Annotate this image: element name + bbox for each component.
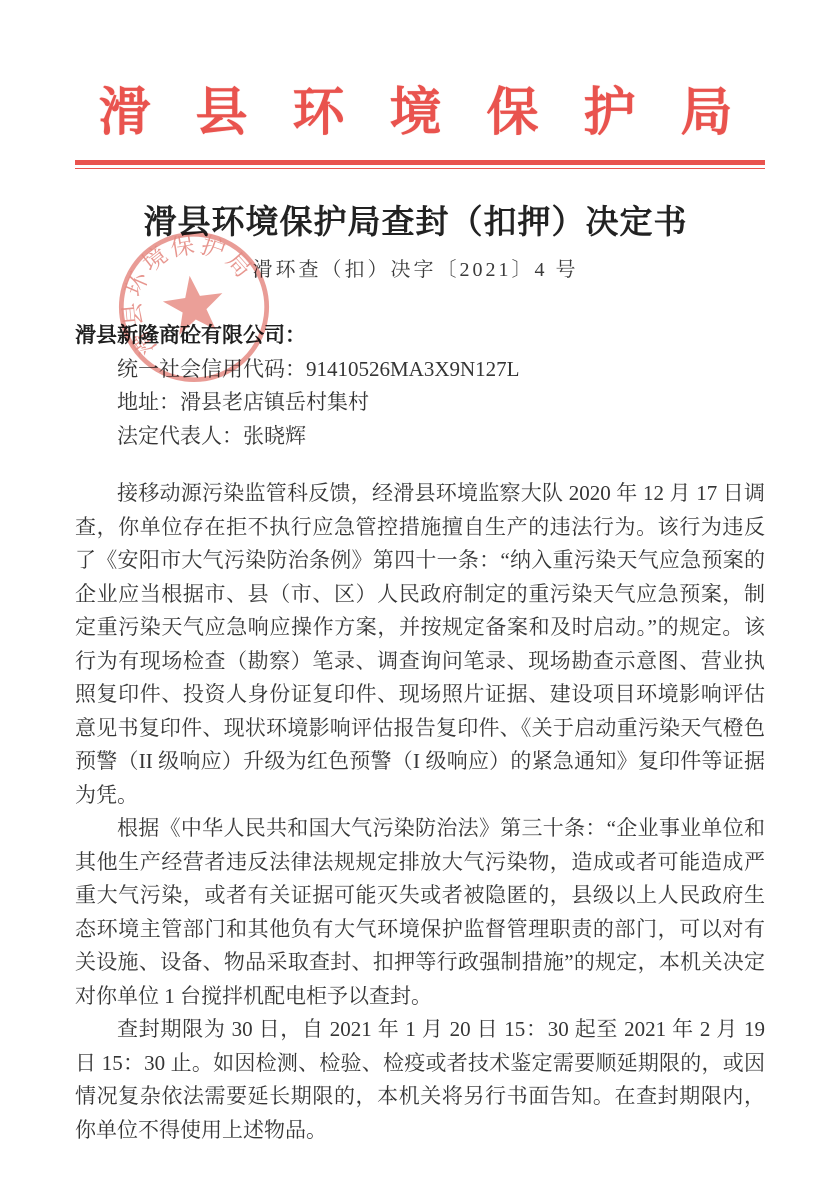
body-paragraph-3: 查封期限为 30 日，自 2021 年 1 月 20 日 15：30 起至 20… — [75, 1013, 765, 1147]
address-label: 地址： — [117, 390, 180, 414]
legal-rep-value: 张晓辉 — [243, 424, 306, 448]
letter-body: 接移动源污染监管科反馈，经滑县环境监察大队 2020 年 12 月 17 日调查… — [75, 477, 765, 1147]
legal-rep-line: 法定代表人：张晓辉 — [75, 420, 765, 454]
credit-code-line: 统一社会信用代码：91410526MA3X9N127L — [75, 353, 765, 387]
credit-code-value: 91410526MA3X9N127L — [306, 357, 520, 381]
address-line: 地址：滑县老店镇岳村集村 — [75, 386, 765, 420]
credit-code-label: 统一社会信用代码： — [117, 357, 306, 381]
legal-rep-label: 法定代表人： — [117, 424, 243, 448]
letter-content: 滑县新隆商砼有限公司： 统一社会信用代码：91410526MA3X9N127L … — [0, 319, 831, 1147]
body-paragraph-1: 接移动源污染监管科反馈，经滑县环境监察大队 2020 年 12 月 17 日调查… — [75, 477, 765, 812]
letterhead-agency-name: 滑县环境保护局 — [0, 84, 831, 144]
document-number: 滑环查（扣）决字〔2021〕4 号 — [0, 257, 831, 283]
address-value: 滑县老店镇岳村集村 — [180, 390, 369, 414]
recipient-company-name: 滑县新隆商砼有限公司： — [75, 319, 765, 353]
document-title: 滑县环境保护局查封（扣押）决定书 — [0, 203, 831, 243]
letterhead-divider-rule — [75, 160, 765, 169]
document-page: 滑县环境保护局 滑县环境保护局查封（扣押）决定书 滑环查（扣）决字〔2021〕4… — [0, 0, 831, 1177]
body-paragraph-2: 根据《中华人民共和国大气污染防治法》第三十条：“企业事业单位和其他生产经营者违反… — [75, 812, 765, 1013]
